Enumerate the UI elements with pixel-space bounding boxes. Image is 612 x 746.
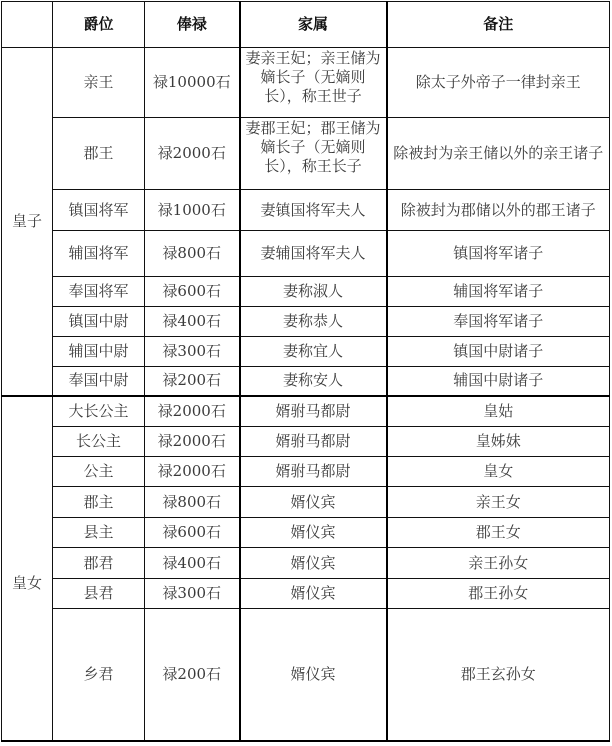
cell-rank: 亲王 [53, 48, 145, 118]
header-rank: 爵位 [53, 2, 145, 48]
cell-note: 除被封为郡储以外的郡王诸子 [387, 190, 610, 231]
cell-note: 辅国中尉诸子 [387, 367, 610, 396]
cell-family: 妻辅国将军夫人 [240, 231, 387, 277]
table-row: 辅国中尉 禄300石 妻称宜人 镇国中尉诸子 [2, 337, 610, 367]
cell-rank: 县主 [53, 518, 145, 548]
cell-salary: 禄2000石 [145, 118, 240, 190]
cell-family: 妻称淑人 [240, 277, 387, 307]
cell-salary: 禄2000石 [145, 396, 240, 427]
table-row: 皇女 大长公主 禄2000石 婿驸马都尉 皇姑 [2, 396, 610, 427]
cell-salary: 禄600石 [145, 277, 240, 307]
cell-family: 妻郡王妃；郡王储为嫡长子（无嫡则长），称王长子 [240, 118, 387, 190]
cell-family-text: 妻亲王妃；亲王储为嫡长子（无嫡则长），称王世子 [243, 49, 384, 117]
cell-salary: 禄300石 [145, 579, 240, 609]
table-row: 公主 禄2000石 婿驸马都尉 皇女 [2, 457, 610, 487]
cell-rank: 奉国中尉 [53, 367, 145, 396]
cell-note: 皇姊妹 [387, 427, 610, 457]
cell-family: 婿仪宾 [240, 609, 387, 741]
cell-family: 妻镇国将军夫人 [240, 190, 387, 231]
cell-family: 婿仪宾 [240, 487, 387, 518]
nobility-rank-table: 爵位 俸禄 家属 备注 皇子 亲王 禄10000石 妻亲王妃；亲王储为嫡长子（无… [1, 1, 610, 742]
table-row: 奉国将军 禄600石 妻称淑人 辅国将军诸子 [2, 277, 610, 307]
cell-rank: 辅国将军 [53, 231, 145, 277]
cell-salary: 禄200石 [145, 367, 240, 396]
cell-salary: 禄200石 [145, 609, 240, 741]
cell-note: 除太子外帝子一律封亲王 [387, 48, 610, 118]
cell-note: 皇女 [387, 457, 610, 487]
table-row: 奉国中尉 禄200石 妻称安人 辅国中尉诸子 [2, 367, 610, 396]
table-row: 长公主 禄2000石 婿驸马都尉 皇姊妹 [2, 427, 610, 457]
cell-salary: 禄2000石 [145, 457, 240, 487]
cell-note: 郡王女 [387, 518, 610, 548]
table-row: 镇国中尉 禄400石 妻称恭人 奉国将军诸子 [2, 307, 610, 337]
cell-family: 妻称宜人 [240, 337, 387, 367]
cell-note: 皇姑 [387, 396, 610, 427]
cell-family: 婿仪宾 [240, 579, 387, 609]
cell-salary: 禄600石 [145, 518, 240, 548]
cell-salary: 禄2000石 [145, 427, 240, 457]
cell-note: 辅国将军诸子 [387, 277, 610, 307]
cell-rank: 公主 [53, 457, 145, 487]
cell-family: 婿驸马都尉 [240, 457, 387, 487]
group-label-princes: 皇子 [2, 48, 53, 396]
table-row: 郡主 禄800石 婿仪宾 亲王女 [2, 487, 610, 518]
cell-rank: 镇国将军 [53, 190, 145, 231]
cell-family: 妻称安人 [240, 367, 387, 396]
cell-salary: 禄300石 [145, 337, 240, 367]
cell-rank: 大长公主 [53, 396, 145, 427]
group-label-princesses: 皇女 [2, 396, 53, 741]
table-row: 郡王 禄2000石 妻郡王妃；郡王储为嫡长子（无嫡则长），称王长子 除被封为亲王… [2, 118, 610, 190]
cell-family: 婿仪宾 [240, 548, 387, 579]
cell-note: 亲王孙女 [387, 548, 610, 579]
cell-rank: 郡王 [53, 118, 145, 190]
cell-note: 除被封为亲王储以外的亲王诸子 [387, 118, 610, 190]
cell-note: 镇国中尉诸子 [387, 337, 610, 367]
cell-rank: 郡主 [53, 487, 145, 518]
cell-rank: 镇国中尉 [53, 307, 145, 337]
cell-rank: 郡君 [53, 548, 145, 579]
cell-note: 郡王玄孙女 [387, 609, 610, 741]
cell-note: 镇国将军诸子 [387, 231, 610, 277]
header-family: 家属 [240, 2, 387, 48]
header-note: 备注 [387, 2, 610, 48]
cell-rank: 县君 [53, 579, 145, 609]
cell-salary: 禄800石 [145, 231, 240, 277]
table-row: 皇子 亲王 禄10000石 妻亲王妃；亲王储为嫡长子（无嫡则长），称王世子 除太… [2, 48, 610, 118]
cell-note: 亲王女 [387, 487, 610, 518]
table-row: 郡君 禄400石 婿仪宾 亲王孙女 [2, 548, 610, 579]
cell-salary: 禄1000石 [145, 190, 240, 231]
table-row: 县君 禄300石 婿仪宾 郡王孙女 [2, 579, 610, 609]
cell-salary: 禄10000石 [145, 48, 240, 118]
cell-family: 婿驸马都尉 [240, 396, 387, 427]
cell-family-text: 妻郡王妃；郡王储为嫡长子（无嫡则长），称王长子 [243, 119, 384, 189]
table-row: 乡君 禄200石 婿仪宾 郡王玄孙女 [2, 609, 610, 741]
cell-family: 婿仪宾 [240, 518, 387, 548]
cell-salary: 禄400石 [145, 307, 240, 337]
cell-rank: 乡君 [53, 609, 145, 741]
header-row: 爵位 俸禄 家属 备注 [2, 2, 610, 48]
table-row: 县主 禄600石 婿仪宾 郡王女 [2, 518, 610, 548]
cell-note: 郡王孙女 [387, 579, 610, 609]
cell-rank: 辅国中尉 [53, 337, 145, 367]
cell-family: 婿驸马都尉 [240, 427, 387, 457]
cell-note: 奉国将军诸子 [387, 307, 610, 337]
table-row: 辅国将军 禄800石 妻辅国将军夫人 镇国将军诸子 [2, 231, 610, 277]
cell-salary: 禄800石 [145, 487, 240, 518]
cell-rank: 长公主 [53, 427, 145, 457]
header-group [2, 2, 53, 48]
cell-family: 妻称恭人 [240, 307, 387, 337]
cell-family: 妻亲王妃；亲王储为嫡长子（无嫡则长），称王世子 [240, 48, 387, 118]
header-salary: 俸禄 [145, 2, 240, 48]
cell-salary: 禄400石 [145, 548, 240, 579]
cell-rank: 奉国将军 [53, 277, 145, 307]
table-row: 镇国将军 禄1000石 妻镇国将军夫人 除被封为郡储以外的郡王诸子 [2, 190, 610, 231]
